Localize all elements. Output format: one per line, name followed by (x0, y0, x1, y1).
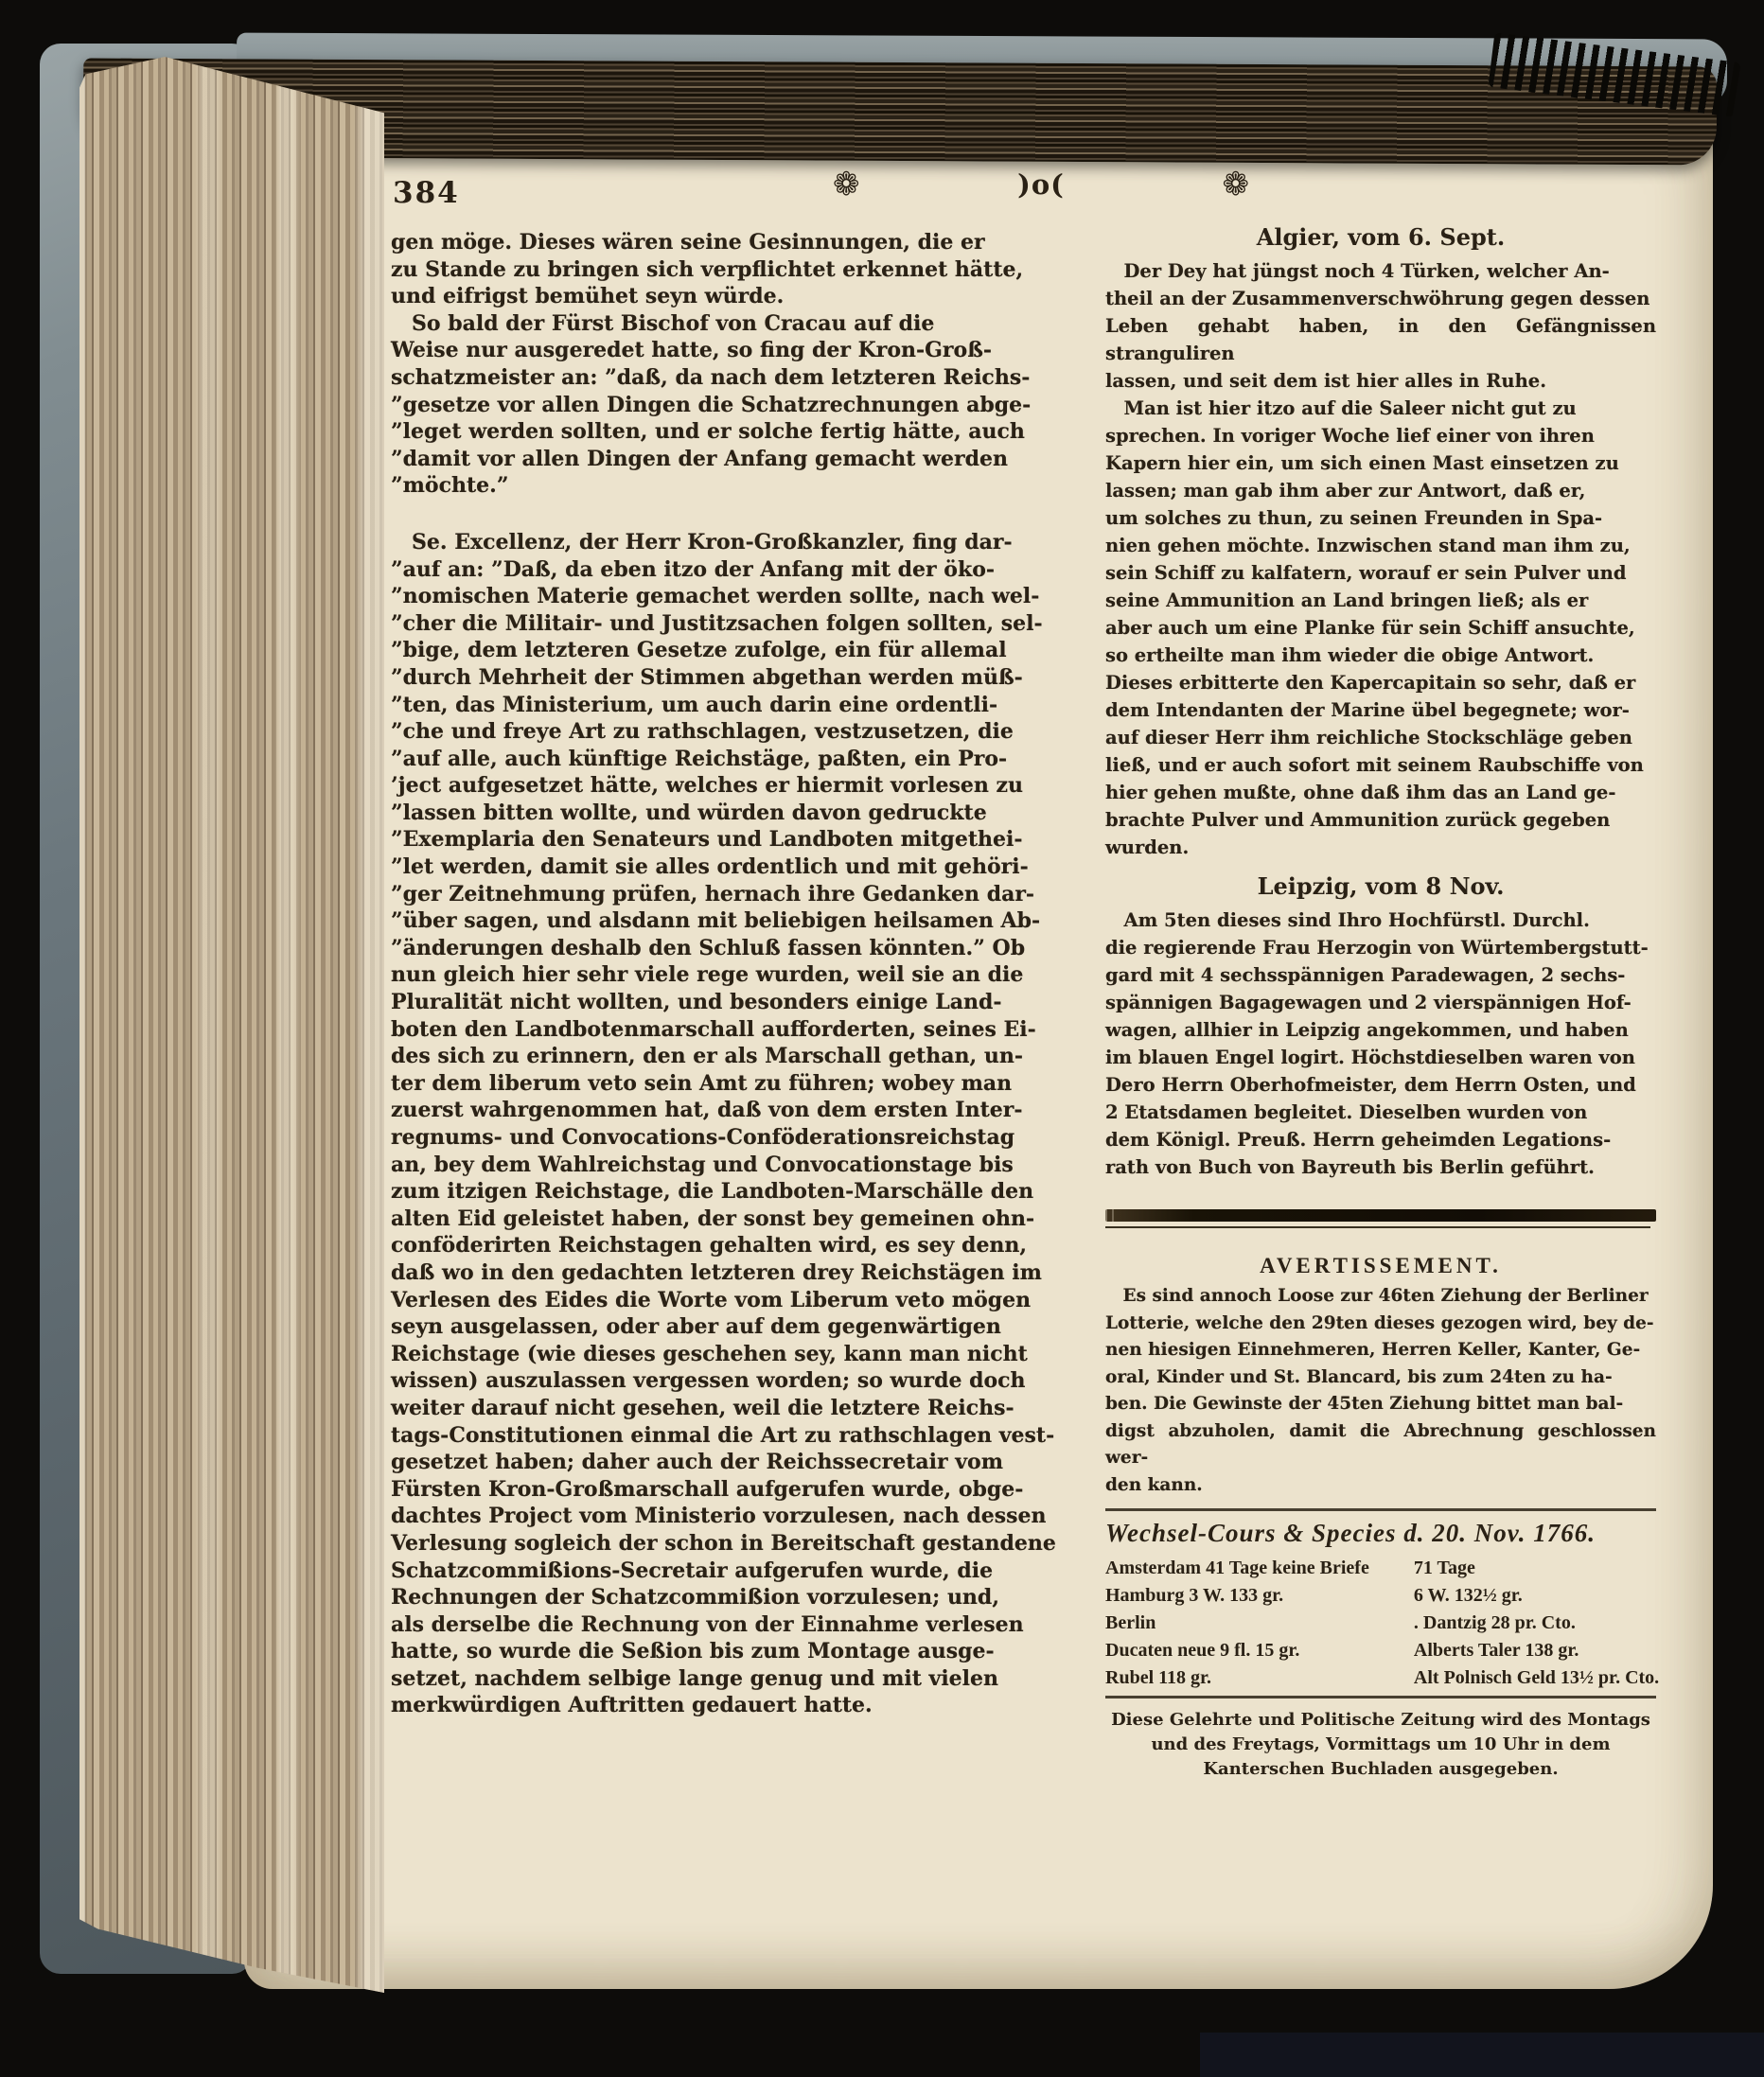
separator-rule (1105, 1209, 1656, 1228)
exchange-cell: Rubel 118 gr. (1105, 1664, 1414, 1692)
exchange-rates-heading: Wechsel-Cours & Species d. 20. Nov. 1766… (1105, 1517, 1656, 1549)
article-headline-algier: Algier, vom 6. Sept. (1105, 223, 1656, 252)
article-body-leipzig: Am 5ten dieses sind Ihro Hochfürstl. Dur… (1105, 906, 1656, 1181)
exchange-cell: Ducaten neue 9 fl. 15 gr. (1105, 1637, 1414, 1664)
right-column: Algier, vom 6. Sept. Der Dey hat jüngst … (1105, 223, 1656, 1782)
exchange-cell: 6 W. 132½ gr. (1414, 1582, 1656, 1610)
book-scan: 384 ❁ )o( ❁ gen möge. Dieses wären seine… (0, 0, 1764, 2077)
table-row: Amsterdam 41 Tage keine Briefe 71 Tage (1105, 1555, 1656, 1582)
exchange-rates-table: Amsterdam 41 Tage keine Briefe 71 Tage H… (1105, 1555, 1656, 1692)
rosette-icon: ❁ (1222, 168, 1249, 201)
exchange-cell: 71 Tage (1414, 1555, 1656, 1582)
rosette-icon: ❁ (833, 168, 860, 201)
paragraph: Se. Excellenz, der Herr Kron-Großkanzler… (391, 529, 1087, 1719)
exchange-cell: Alberts Taler 138 gr. (1414, 1637, 1656, 1664)
header-ornament-row: ❁ )o( ❁ (833, 168, 1249, 201)
table-row: Rubel 118 gr. Alt Polnisch Geld 13½ pr. … (1105, 1664, 1656, 1692)
page-number: 384 (393, 176, 460, 210)
imprint-notice: Diese Gelehrte und Politische Zeitung wi… (1105, 1708, 1656, 1782)
table-row: Hamburg 3 W. 133 gr. 6 W. 132½ gr. (1105, 1582, 1656, 1610)
separator-thin-line (1105, 1226, 1650, 1228)
paragraph: So bald der Fürst Bischof von Cracau auf… (391, 310, 1087, 500)
page-content: 384 ❁ )o( ❁ gen möge. Dieses wären seine… (0, 0, 1764, 2077)
exchange-cell: Alt Polnisch Geld 13½ pr. Cto. (1414, 1664, 1656, 1692)
separator-line (1105, 1696, 1656, 1699)
article-body-algier: Der Dey hat jüngst noch 4 Türken, welche… (1105, 257, 1656, 861)
separator-line (1105, 1508, 1656, 1511)
table-row: Berlin . Dantzig 28 pr. Cto. (1105, 1610, 1656, 1637)
exchange-cell: Hamburg 3 W. 133 gr. (1105, 1582, 1414, 1610)
avertissement-heading: AVERTISSEMENT. (1105, 1253, 1656, 1279)
exchange-cell: Berlin (1105, 1610, 1414, 1637)
table-row: Ducaten neue 9 fl. 15 gr. Alberts Taler … (1105, 1637, 1656, 1664)
avertissement-body: Es sind annoch Loose zur 46ten Ziehung d… (1105, 1283, 1656, 1499)
paragraph: gen möge. Dieses wären seine Gesinnungen… (391, 229, 1087, 310)
separator-bar (1105, 1209, 1656, 1222)
article-headline-leipzig: Leipzig, vom 8 Nov. (1105, 872, 1656, 901)
exchange-cell: Amsterdam 41 Tage keine Briefe (1105, 1555, 1414, 1582)
exchange-cell: . Dantzig 28 pr. Cto. (1414, 1610, 1656, 1637)
header-signature-mark: )o( (1017, 168, 1065, 201)
left-column: gen möge. Dieses wären seine Gesinnungen… (391, 229, 1087, 1719)
